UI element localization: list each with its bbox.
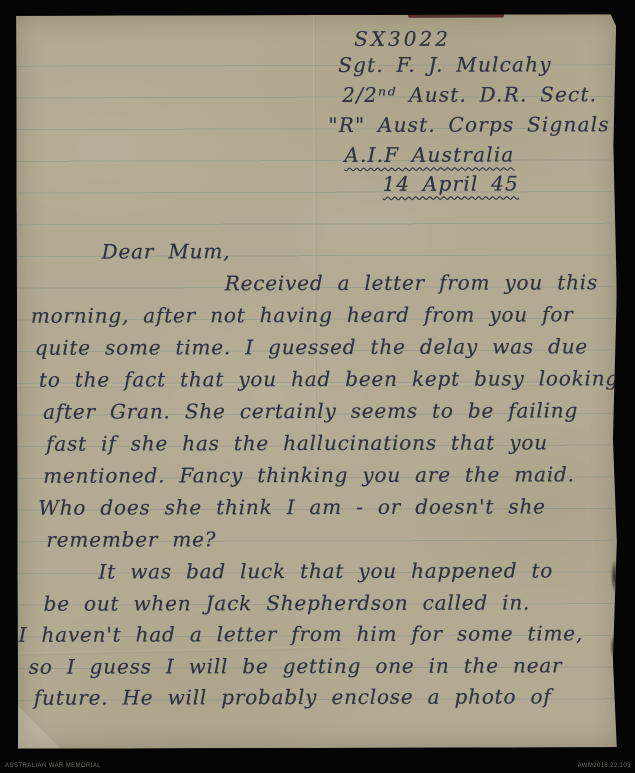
service-number: SX3022 <box>354 27 451 51</box>
letter-line: quite some time. I guessed the delay was… <box>35 334 588 359</box>
letter-line: to the fact that you had been kept busy … <box>39 366 619 392</box>
letter-line: fast if she has the hallucinations that … <box>46 430 548 455</box>
scan-background: SX3022 Sgt. F. J. Mulcahy 2/2ⁿᵈ Aust. D.… <box>0 0 635 773</box>
letter-line: after Gran. She certainly seems to be fa… <box>43 398 578 423</box>
sender-unit: 2/2ⁿᵈ Aust. D.R. Sect. <box>342 82 597 107</box>
letter-line: I haven't had a letter from him for some… <box>19 621 583 646</box>
paper-edge-stain <box>408 14 504 18</box>
sender-location: A.I.F Australia <box>344 142 514 166</box>
letter-line: so I guess I will be getting one in the … <box>29 653 563 678</box>
letter-line: Who does she think I am - or doesn't she <box>38 494 545 519</box>
archive-watermark-right: AWM2018.22.103 <box>578 763 631 769</box>
letter-line: morning, after not having heard from you… <box>31 302 574 327</box>
letter-line: mentioned. Fancy thinking you are the ma… <box>43 462 575 487</box>
letter-line: It was bad luck that you happened to <box>98 558 553 583</box>
letter-line: be out when Jack Shepherdson called in. <box>44 590 531 615</box>
letter-line: Received a letter from you this <box>225 270 598 295</box>
sender-name: Sgt. F. J. Mulcahy <box>338 52 552 77</box>
letter-line: remember me? <box>46 527 216 551</box>
letter-date: 14 April 45 <box>382 171 518 195</box>
letter-paper: SX3022 Sgt. F. J. Mulcahy 2/2ⁿᵈ Aust. D.… <box>16 14 618 749</box>
paper-tear-mark <box>610 559 618 593</box>
sender-corps: "R" Aust. Corps Signals <box>328 112 610 137</box>
salutation: Dear Mum, <box>102 239 231 263</box>
archive-watermark-left: AUSTRALIAN WAR MEMORIAL <box>5 763 101 769</box>
letter-line: future. He will probably enclose a photo… <box>34 684 552 709</box>
paper-tear-mark <box>610 634 619 660</box>
